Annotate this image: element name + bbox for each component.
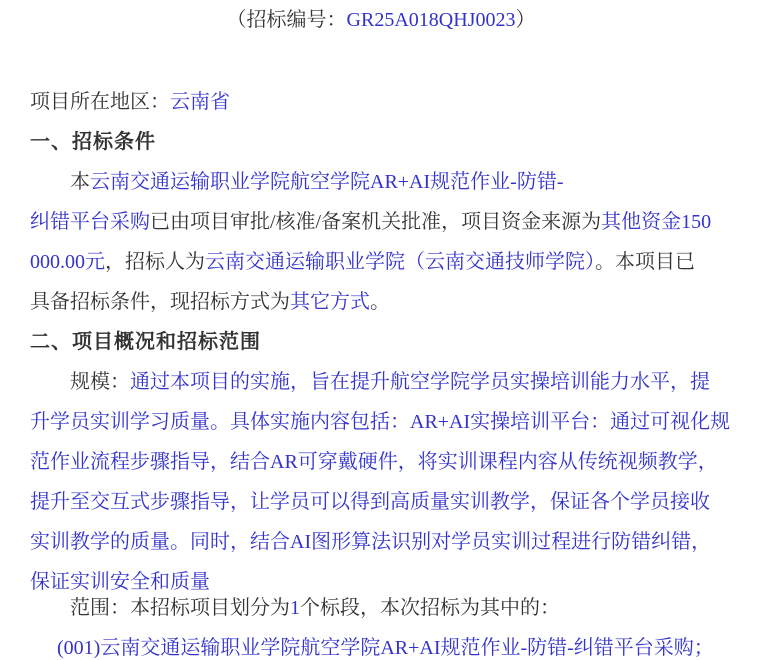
highlight-value: 升学员实训学习质量。具体实施内容包括：AR+AI实操培训平台：通过可视化规: [30, 411, 730, 433]
project-region-line: 项目所在地区：云南省: [30, 82, 732, 122]
highlight-value: 其它方式: [290, 291, 370, 313]
text-segment: 二、项目概况和招标范围: [30, 331, 261, 353]
text-line: 纠错平台采购已由项目审批/核准/备案机关批准，项目资金来源为其他资金150: [30, 202, 732, 242]
text-line: 提升至交互式步骤指导，让学员可以得到高质量实训教学，保证各个学员接收: [30, 482, 732, 522]
tender-number-line: （招标编号：GR25A018QHJ0023）: [30, 0, 732, 40]
text-segment: ）: [515, 9, 535, 31]
text-segment: 一、招标条件: [30, 131, 156, 153]
text-line: 实训教学的质量。同时，结合AI图形算法识别对学员实训过程进行防错纠错，: [30, 522, 732, 562]
text-line: 本云南交通运输职业学院航空学院AR+AI规范作业-防错-: [30, 162, 732, 202]
scope-range-line: 范围：本招标项目划分为1个标段，本次招标为其中的：: [30, 588, 732, 628]
highlight-value: 范作业流程步骤指导，结合AR可穿戴硬件，将实训课程内容从传统视频教学，: [30, 451, 718, 473]
text-line: 升学员实训学习质量。具体实施内容包括：AR+AI实操培训平台：通过可视化规: [30, 402, 732, 442]
text-segment: ，招标人为: [105, 251, 205, 273]
text-segment: 范围：本招标项目划分为: [70, 597, 290, 619]
text-segment: 。本项目已: [595, 251, 695, 273]
text-line: 范作业流程步骤指导，结合AR可穿戴硬件，将实训课程内容从传统视频教学，: [30, 442, 732, 482]
text-segment: 个标段，本次招标为其中的：: [300, 597, 560, 619]
highlight-value: (001)云南交通运输职业学院航空学院AR+AI规范作业-防错-纠错平台采购；: [57, 637, 714, 659]
highlight-value: 提升至交互式步骤指导，让学员可以得到高质量实训教学，保证各个学员接收: [30, 491, 710, 513]
highlight-value: 000.00元: [30, 251, 105, 273]
text-segment: 本: [70, 171, 90, 193]
text-segment: 。: [370, 291, 390, 313]
highlight-value: 纠错平台采购: [30, 211, 150, 233]
highlight-value: 1: [290, 597, 300, 619]
section-heading-1: 一、招标条件: [30, 122, 732, 162]
highlight-value: GR25A018QHJ0023: [347, 9, 516, 31]
blank-space: [30, 40, 732, 82]
text-segment: （招标编号：: [227, 9, 347, 31]
section-heading-2: 二、项目概况和招标范围: [30, 322, 732, 362]
highlight-value: 云南交通运输职业学院航空学院AR+AI规范作业-防错-: [90, 171, 564, 193]
highlight-value: 通过本项目的实施，旨在提升航空学院学员实操培训能力水平，提: [130, 371, 710, 393]
highlight-value: 实训教学的质量。同时，结合AI图形算法识别对学员实训过程进行防错纠错，: [30, 531, 711, 553]
highlight-value: 云南交通运输职业学院（云南交通技师学院）: [205, 251, 595, 273]
text-line: 具备招标条件，现招标方式为其它方式。: [30, 282, 732, 322]
lot-001-line: (001)云南交通运输职业学院航空学院AR+AI规范作业-防错-纠错平台采购；: [30, 628, 732, 660]
text-line: 000.00元，招标人为云南交通运输职业学院（云南交通技师学院）。本项目已: [30, 242, 732, 282]
text-segment: 规模：: [70, 371, 130, 393]
text-segment: 已由项目审批/核准/备案机关批准，项目资金来源为: [150, 211, 601, 233]
highlight-value: 其他资金150: [601, 211, 711, 233]
text-segment: 项目所在地区：: [30, 91, 170, 113]
scope-scale-line: 规模：通过本项目的实施，旨在提升航空学院学员实操培训能力水平，提: [30, 362, 732, 402]
tender-document: （招标编号：GR25A018QHJ0023）项目所在地区：云南省一、招标条件本云…: [0, 0, 758, 660]
highlight-value: 云南省: [170, 91, 230, 113]
text-segment: 具备招标条件，现招标方式为: [30, 291, 290, 313]
